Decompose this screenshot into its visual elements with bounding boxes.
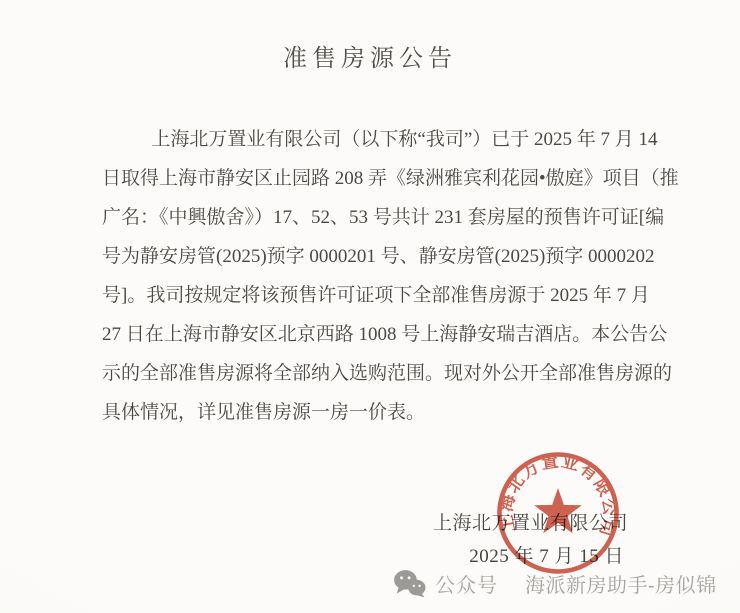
body-line: 日取得上海市静安区止园路 208 弄《绿洲雅宾利花园•傲庭》项目（推 bbox=[102, 159, 642, 198]
signature-company: 上海北万置业有限公司 bbox=[433, 508, 628, 535]
body-line: 示的全部准售房源将全部纳入选购范围。现对外公开全部准售房源的 bbox=[102, 354, 642, 393]
footer-label: 公众号 bbox=[435, 569, 498, 598]
body-line: 号]。我司按规定将该预售许可证项下全部准售房源于 2025 年 7 月 bbox=[102, 276, 642, 315]
announcement-body: 上海北万置业有限公司（以下称“我司”）已于 2025 年 7 月 14 日取得上… bbox=[102, 120, 642, 432]
signature-date: 2025 年 7 月 15 日 bbox=[469, 541, 624, 568]
body-line: 号为静安房管(2025)预字 0000201 号、静安房管(2025)预字 00… bbox=[102, 237, 642, 276]
wechat-icon bbox=[393, 569, 426, 598]
body-line: 广名：《中興傲舍》）17、52、53 号共计 231 套房屋的预售许可证[编 bbox=[102, 198, 642, 237]
footer-account-name: 海派新房助手-房似锦 bbox=[525, 569, 717, 598]
body-line: 27 日在上海市静安区北京西路 1008 号上海静安瑞吉酒店。本公告公 bbox=[102, 315, 642, 354]
body-line: 具体情况，详见准售房源一房一价表。 bbox=[102, 393, 642, 432]
footer-watermark: 公众号 海派新房助手-房似锦 bbox=[393, 569, 717, 598]
page-title: 准售房源公告 bbox=[0, 38, 740, 73]
scanned-announcement-page: 准售房源公告 上海北万置业有限公司（以下称“我司”）已于 2025 年 7 月 … bbox=[0, 0, 740, 613]
body-line: 上海北万置业有限公司（以下称“我司”）已于 2025 年 7 月 14 bbox=[102, 120, 642, 159]
